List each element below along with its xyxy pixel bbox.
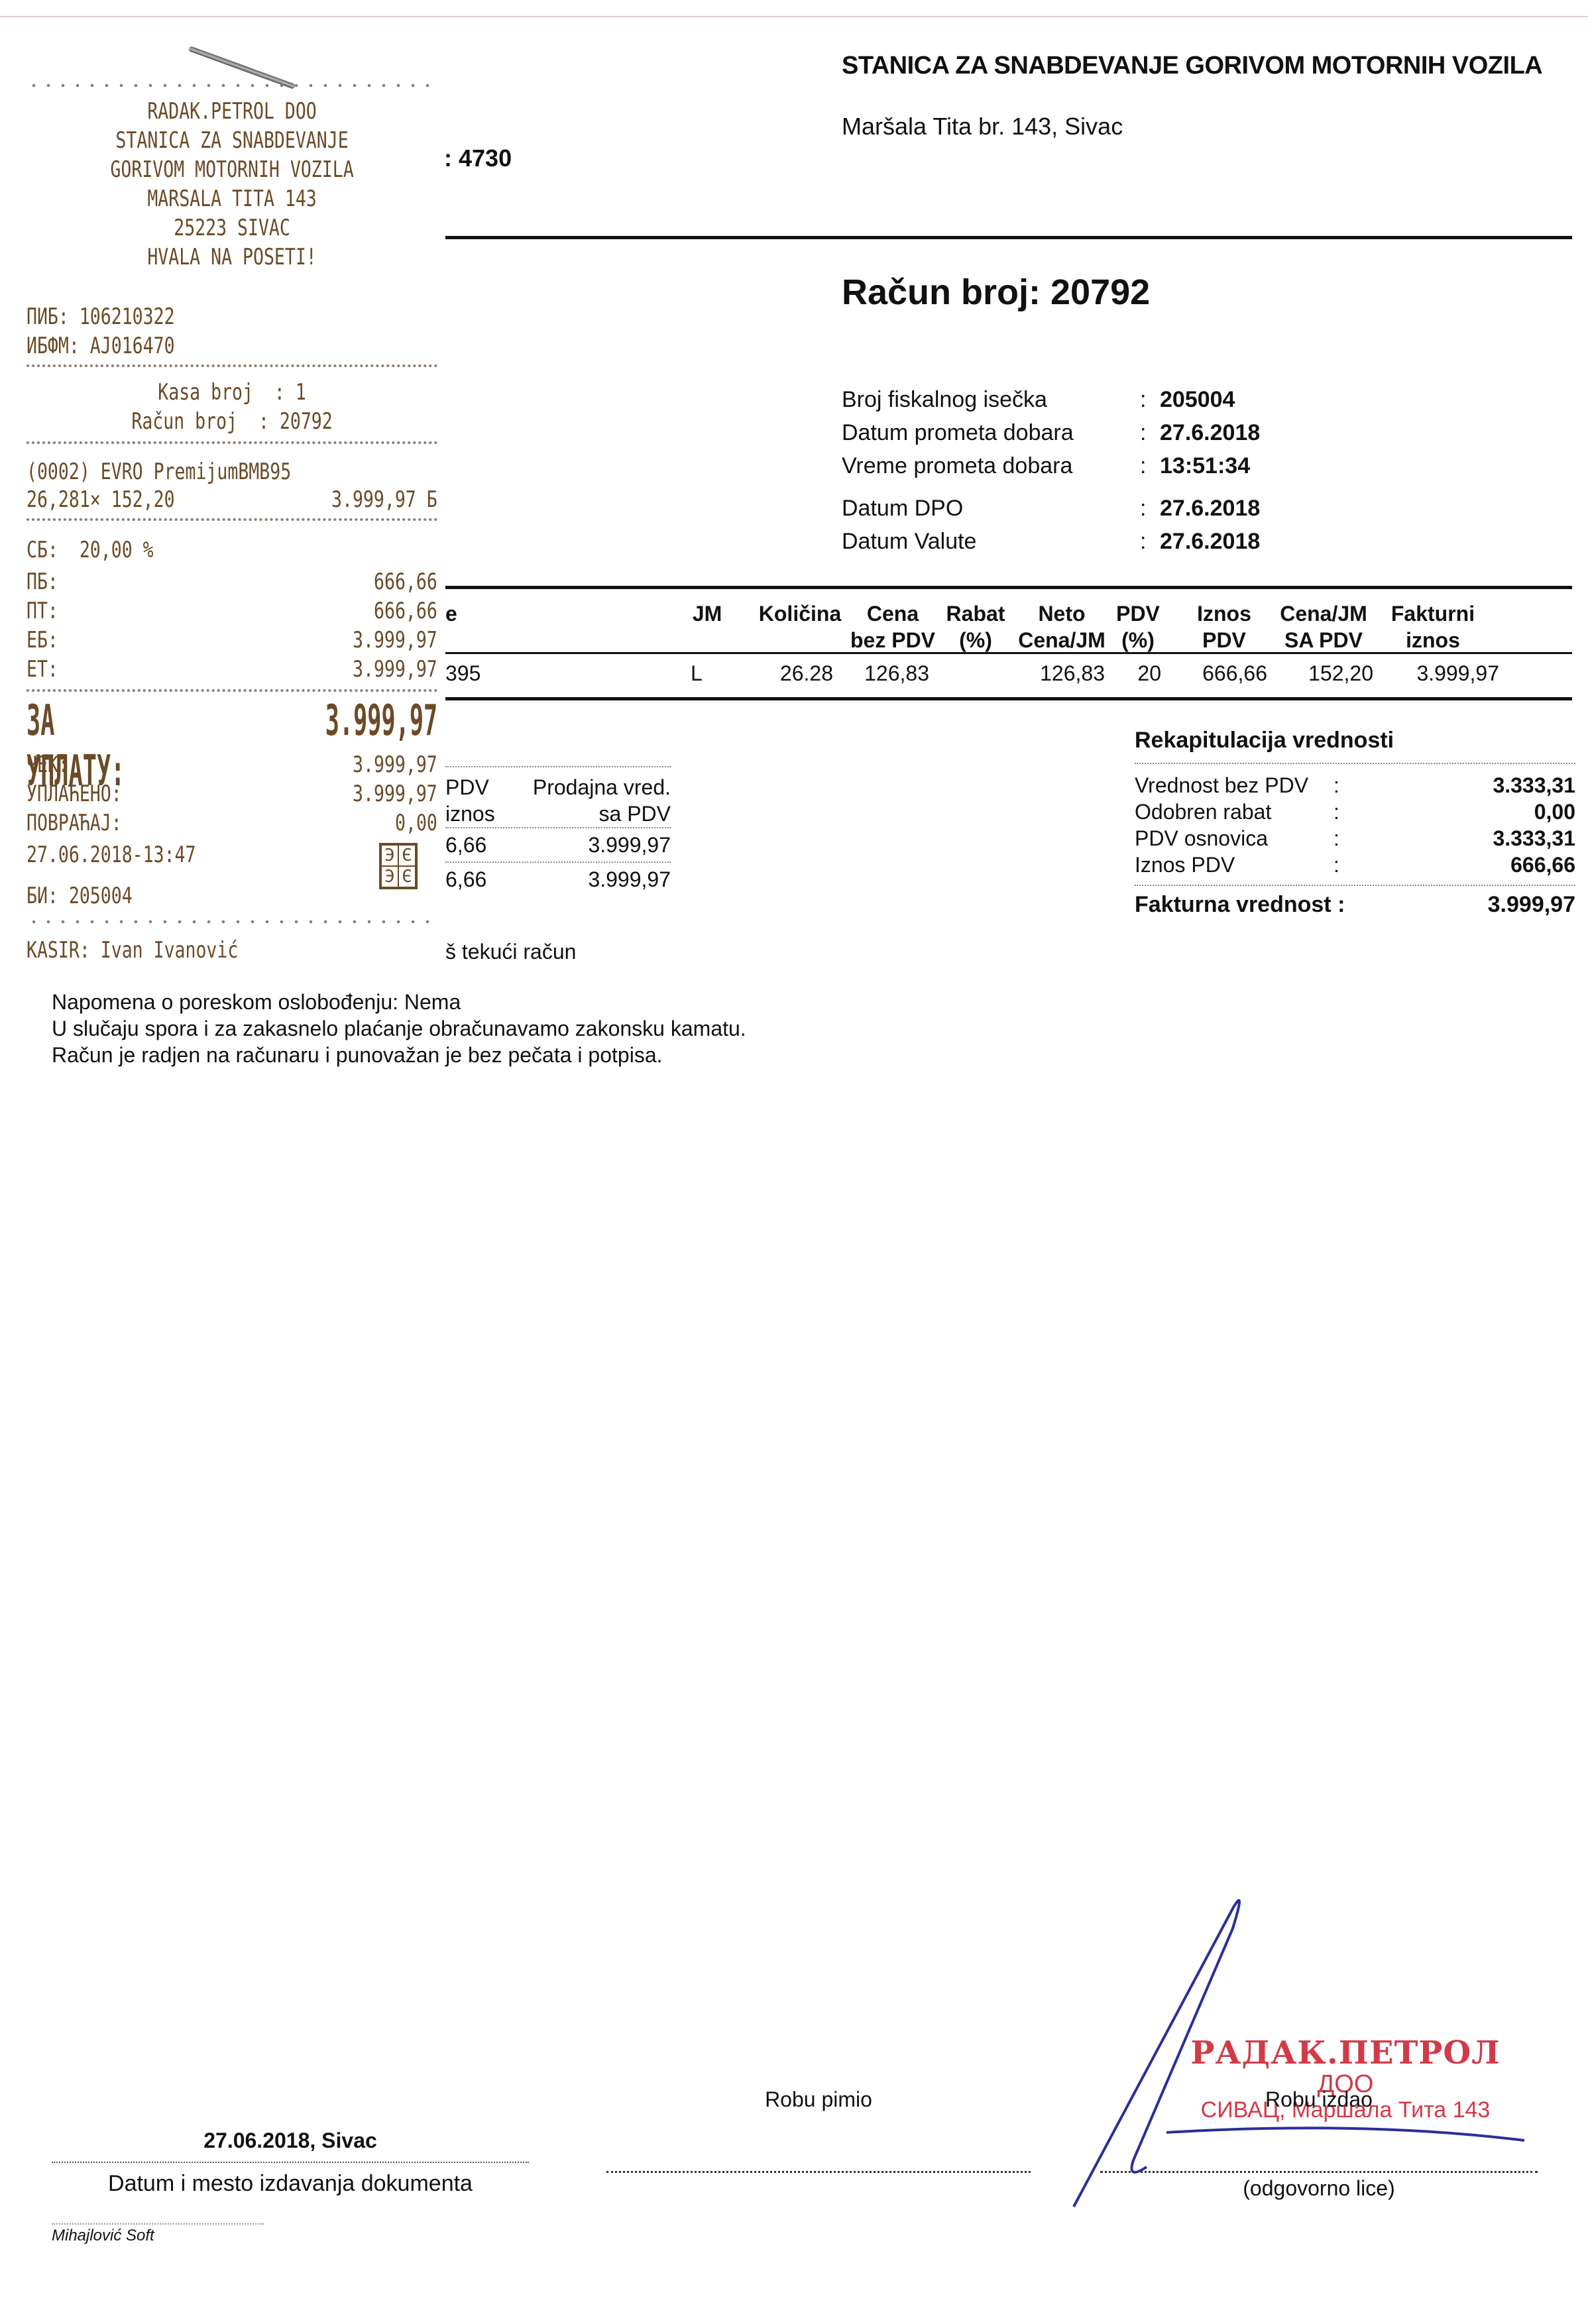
signature-scribble [1034, 1889, 1564, 2233]
divider [52, 2223, 264, 2225]
receipt-register: Kasa broj : 1 [27, 378, 437, 407]
issue-date-place: 27.06.2018, Sivac [52, 2129, 529, 2153]
receipt-ibfm: ИБФМ: AJ016470 [27, 331, 347, 360]
fiscal-receipt: RADAK.PETROL DOO STANICA ZA SNABDEVANJE … [0, 27, 445, 954]
receipt-payment: ПОВРАЋАЈ:0,00 [27, 808, 437, 838]
invoice-notes: Napomena o poreskom oslobođenju: Nema U … [52, 989, 746, 1068]
recap-row: Vrednost bez PDV:3.333,31 [1135, 772, 1575, 799]
company-name: STANICA ZA SNABDEVANJE GORIVOM MOTORNIH … [842, 49, 1571, 82]
received-signature-line [606, 2171, 1031, 2173]
recap-row: Odobren rabat:0,00 [1135, 799, 1575, 825]
receipt-payment: УПЛАЋЕНО:3.999,97 [27, 779, 437, 808]
pen-mark [188, 46, 296, 89]
table-row: 395 L 26.28 126,83 126,83 20 666,66 152,… [445, 660, 1572, 693]
receipt-line: ЕТ:3.999,97 [27, 655, 437, 684]
divider [52, 2162, 529, 2163]
invoice-title: Račun broj: 20792 [842, 272, 1150, 313]
recap-section: Rekapitulacija vrednosti Vrednost bez PD… [1135, 728, 1575, 918]
receipt-line: ПБ:666,66 [27, 567, 437, 596]
recap-title: Rekapitulacija vrednosti [1135, 728, 1575, 753]
meta-row-date: Datum prometa dobara:27.6.2018 [842, 416, 1260, 449]
serbian-emblem-icon: ЭЄ ЭЄ [379, 843, 418, 889]
page-top-edge [0, 16, 1588, 17]
receipt-pib: ПИБ: 106210322 [27, 302, 347, 331]
table-header-rule [445, 652, 1572, 654]
vat-summary-table: PDV iznos Prodajna vred. sa PDV 6,663.99… [445, 766, 671, 896]
meta-row-time: Vreme prometa dobara:13:51:34 [842, 449, 1260, 482]
company-address: Maršala Tita br. 143, Sivac [842, 113, 1123, 140]
receipt-item-name: (0002) EVRO PremijumBMB95 [27, 457, 347, 486]
software-credit: Mihajlović Soft [52, 2227, 154, 2245]
receipt-tax-rate: СБ: 20,00 % [27, 535, 347, 565]
receipt-line: ПТ:666,66 [27, 596, 437, 626]
receipt-datetime: 27.06.2018-13:47 [27, 840, 347, 869]
receipt-line: ЕБ:3.999,97 [27, 626, 437, 655]
meta-row-fiscal: Broj fiskalnog isečka:205004 [842, 383, 1260, 416]
received-by-label: Robu pimio [606, 2087, 1031, 2112]
header-divider [445, 236, 1572, 239]
receipt-cashier: KASIR: Ivan Ivanović [27, 936, 347, 965]
recap-total: Fakturna vrednost :3.999,97 [1135, 891, 1575, 918]
receipt-bi: БИ: 205004 [27, 881, 347, 911]
receipt-payment: ЧЕК:3.999,97 [27, 750, 437, 779]
items-table-header: e JM Količina Cena bez PDV Rabat (%) Net… [445, 600, 1572, 653]
recap-row: PDV osnovica:3.333,31 [1135, 825, 1575, 852]
recap-row: Iznos PDV:666,66 [1135, 852, 1575, 878]
table-top-rule [445, 586, 1572, 589]
meta-row-valuta: Datum Valute:27.6.2018 [842, 525, 1260, 558]
issue-date-label: Datum i mesto izdavanja dokumenta [52, 2171, 529, 2197]
payment-method: š tekući račun [445, 940, 576, 964]
meta-row-dpo: Datum DPO:27.6.2018 [842, 492, 1260, 525]
vat-row: 6,663.999,97 [445, 828, 671, 861]
receipt-item-line: 26,281× 152,203.999,97 Б [27, 485, 437, 514]
invoice-meta: Broj fiskalnog isečka:205004 Datum prome… [842, 383, 1260, 558]
table-bottom-rule [445, 697, 1572, 700]
receipt-number: Račun broj : 20792 [27, 407, 437, 436]
vat-total-row: 6,663.999,97 [445, 863, 671, 896]
